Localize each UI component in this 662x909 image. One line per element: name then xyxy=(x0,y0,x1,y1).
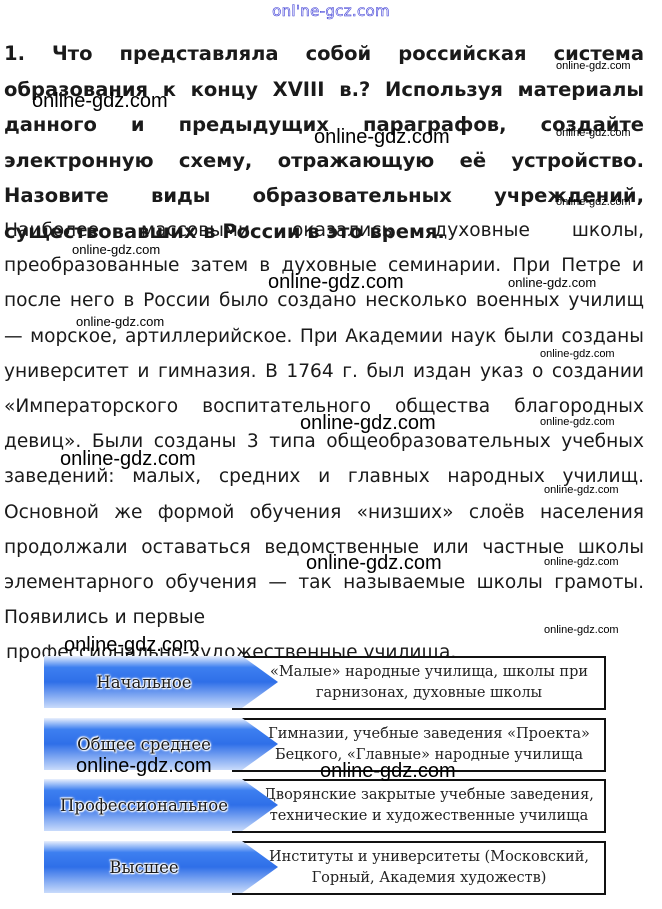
watermark: online-gdz.com xyxy=(300,412,436,435)
watermark: online-gdz.com xyxy=(540,348,615,360)
level-label: Начальное xyxy=(44,654,244,710)
description-box: Институты и университеты (Московский, Го… xyxy=(232,841,606,895)
watermark: online-gdz.com xyxy=(64,634,200,657)
watermark: online-gdz.com xyxy=(544,556,619,568)
diagram-row: «Малые» народные училища, школы при гарн… xyxy=(44,654,616,710)
level-description: «Малые» народные училища, школы при гарн… xyxy=(260,658,598,708)
watermark: online-gdz.com xyxy=(76,755,212,778)
level-arrow: Профессиональное xyxy=(44,777,280,833)
watermark: online-gdz.com xyxy=(556,196,631,208)
watermark: online-gdz.com xyxy=(320,760,456,783)
watermark: online-gdz.com xyxy=(544,484,619,496)
watermark-top: onl'ne-gcz.com xyxy=(0,2,662,20)
watermark: online-gdz.com xyxy=(72,242,160,257)
diagram-row: Институты и университеты (Московский, Го… xyxy=(44,839,616,895)
watermark: online-gdz.com xyxy=(60,448,196,471)
level-label: Высшее xyxy=(44,839,244,895)
level-arrow: Начальное xyxy=(44,654,280,710)
watermark: online-gdz.com xyxy=(32,90,168,113)
level-description: Дворянские закрытые учебные заведения, т… xyxy=(260,781,598,831)
watermark: online-gdz.com xyxy=(268,271,404,294)
watermark: online-gdz.com xyxy=(314,126,450,149)
level-arrow: Высшее xyxy=(44,839,280,895)
level-description: Институты и университеты (Московский, Го… xyxy=(260,843,598,893)
watermark: online-gdz.com xyxy=(556,127,631,139)
watermark: online-gdz.com xyxy=(508,275,596,290)
watermark: online-gdz.com xyxy=(306,552,442,575)
description-box: «Малые» народные училища, школы при гарн… xyxy=(232,656,606,710)
watermark: online-gdz.com xyxy=(556,60,631,72)
description-box: Дворянские закрытые учебные заведения, т… xyxy=(232,779,606,833)
level-label: Профессиональное xyxy=(44,777,244,833)
diagram-row: Дворянские закрытые учебные заведения, т… xyxy=(44,777,616,833)
watermark: online-gdz.com xyxy=(540,416,615,428)
watermark: online-gdz.com xyxy=(76,314,164,329)
watermark: online-gdz.com xyxy=(544,624,619,636)
